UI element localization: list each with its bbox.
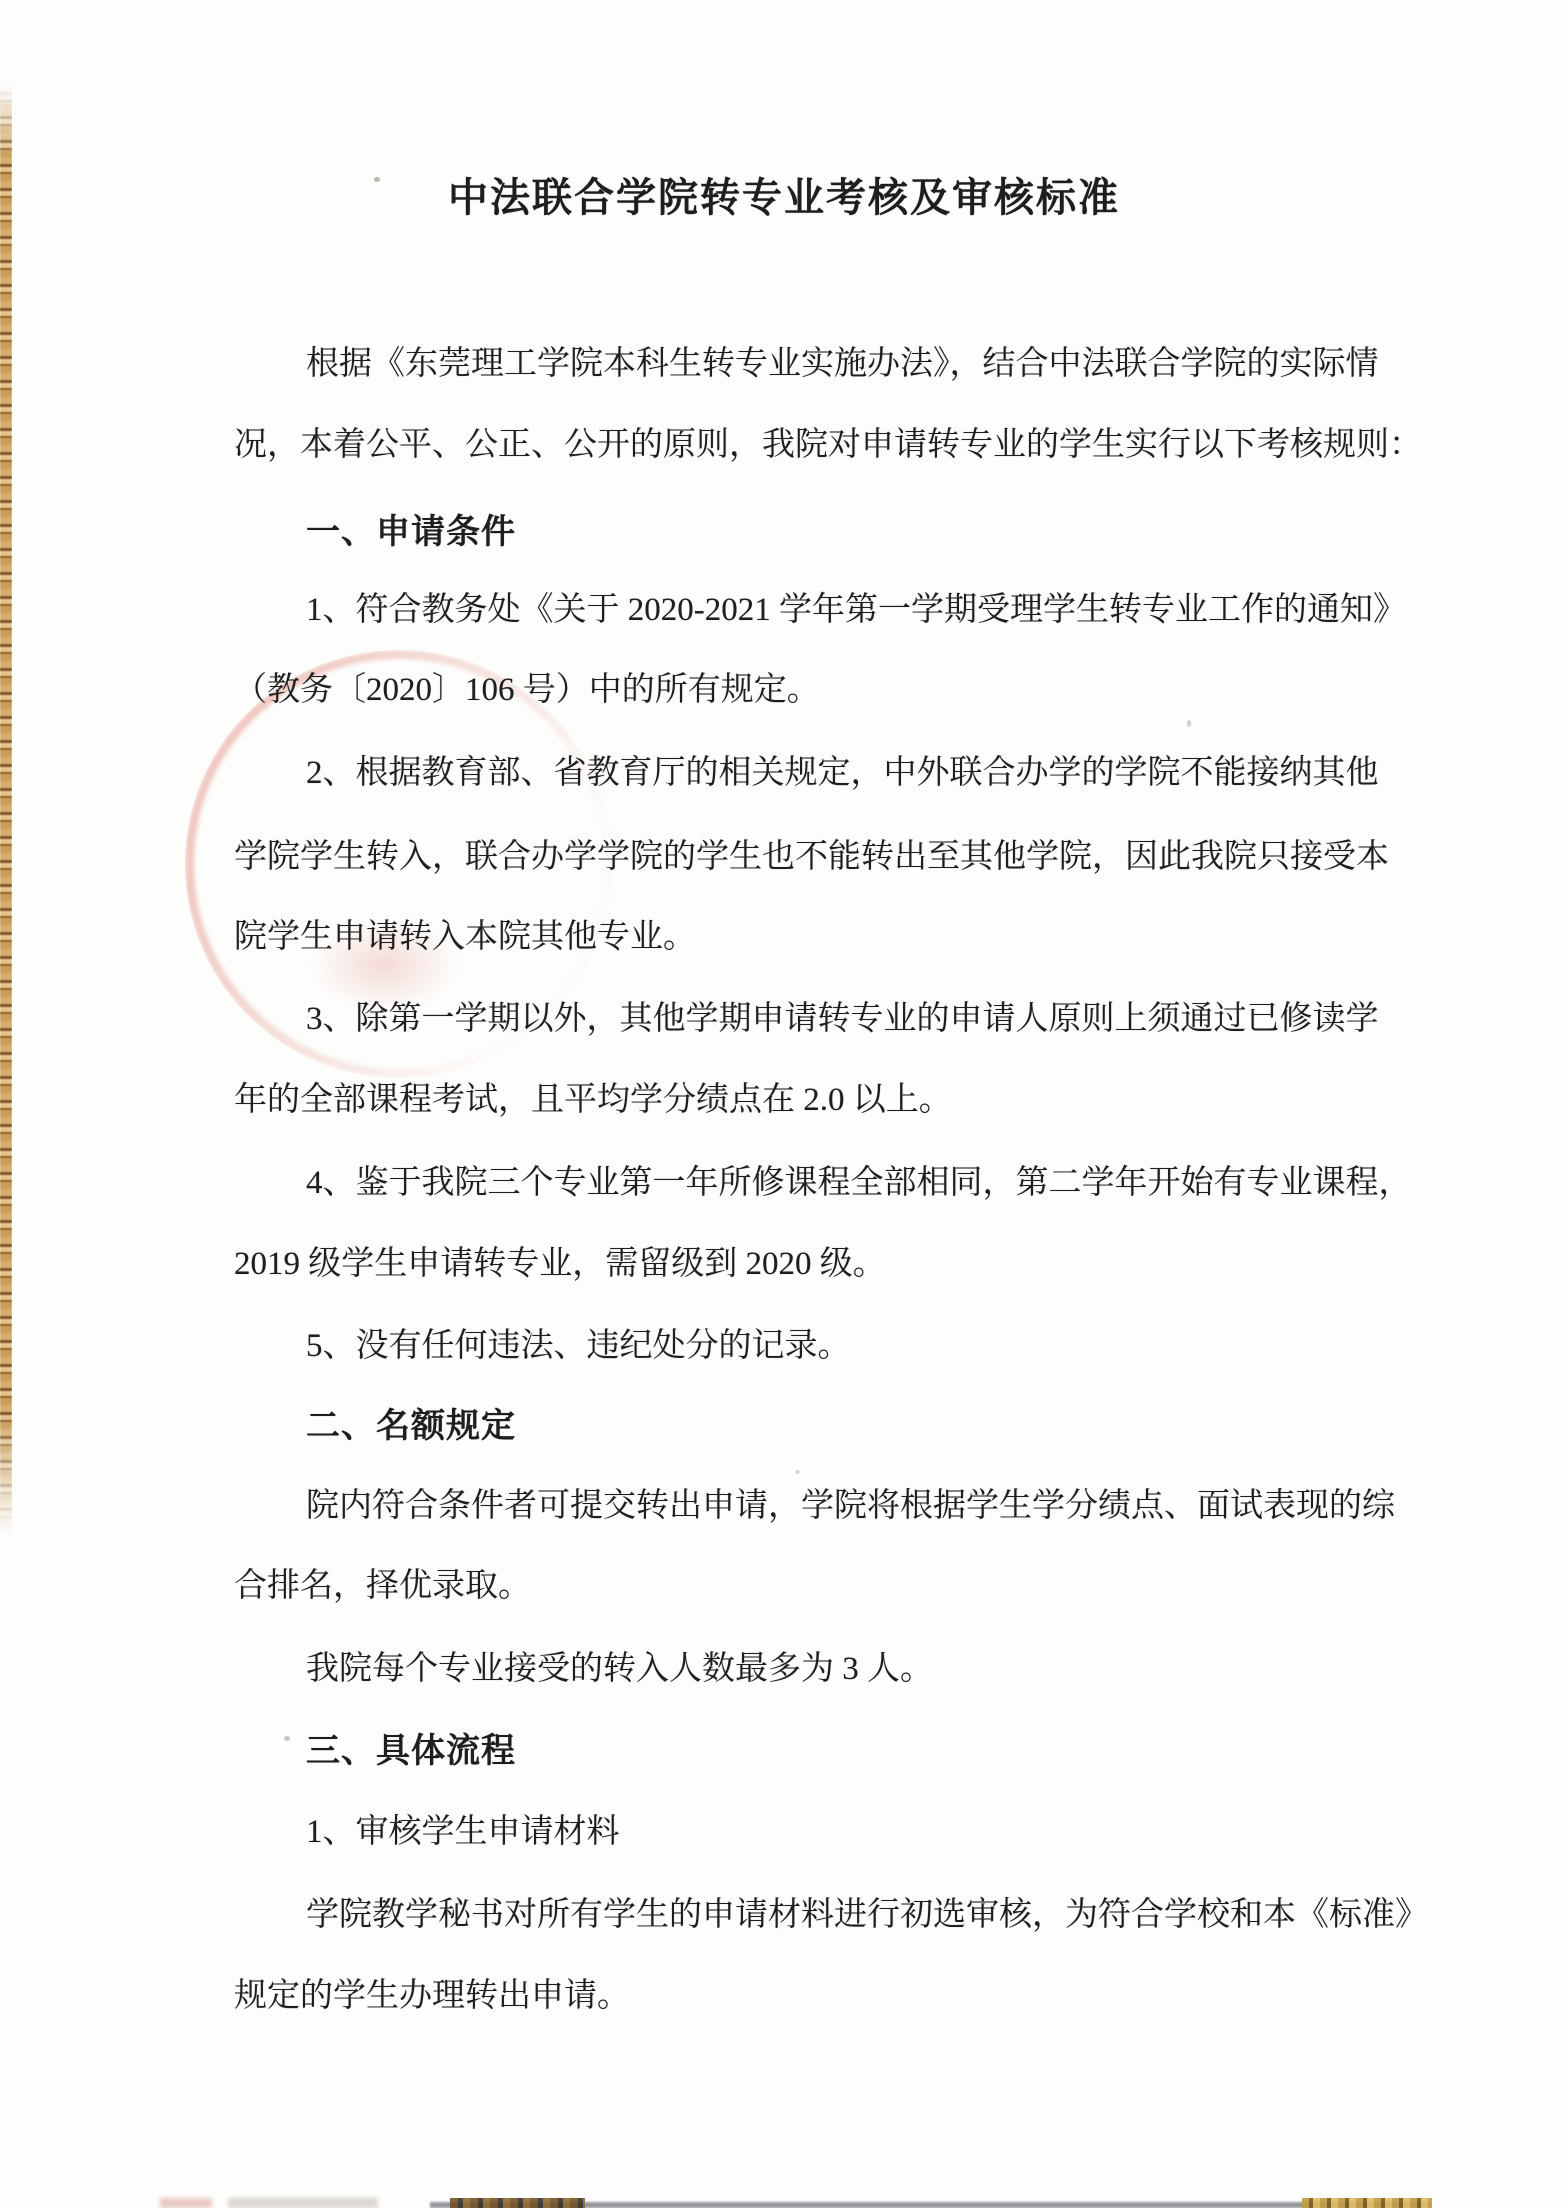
- section-heading-1: 一、申请条件: [306, 512, 516, 552]
- bottom-edge-brown-strip: [450, 2198, 585, 2208]
- paragraph-line: 学院教学秘书对所有学生的申请材料进行初选审核，为符合学校和本《标准》: [306, 1895, 1428, 1935]
- paragraph-line: 院内符合条件者可提交转出申请，学院将根据学生学分绩点、面试表现的综: [306, 1486, 1395, 1526]
- scan-speck: [795, 1470, 800, 1474]
- scan-speck: [1187, 720, 1191, 727]
- paragraph-line: 2019 级学生申请转专业，需留级到 2020 级。: [234, 1244, 886, 1284]
- bottom-edge-gold-strip: [1302, 2198, 1432, 2208]
- paragraph-line: 况，本着公平、公正、公开的原则，我院对申请转专业的学生实行以下考核规则：: [234, 425, 1422, 465]
- paragraph-line: 根据《东莞理工学院本科生转专业实施办法》，结合中法联合学院的实际情: [306, 344, 1379, 384]
- bottom-edge-smudge: [228, 2198, 378, 2208]
- list-item-line: 1、符合教务处《关于 2020-2021 学年第一学期受理学生转专业工作的通知》: [306, 590, 1406, 630]
- paragraph-line: （教务〔2020〕106 号）中的所有规定。: [234, 670, 820, 710]
- list-item-line: 3、除第一学期以外，其他学期申请转专业的申请人原则上须通过已修读学: [306, 999, 1379, 1039]
- list-item-line: 2、根据教育部、省教育厅的相关规定，中外联合办学的学院不能接纳其他: [306, 753, 1379, 793]
- document-title: 中法联合学院转专业考核及审核标准: [0, 166, 1568, 223]
- paragraph-line: 学院学生转入，联合办学学院的学生也不能转出至其他学院，因此我院只接受本: [234, 837, 1389, 877]
- left-binding-scan-artifact: [0, 85, 12, 1535]
- bottom-edge-smudge: [160, 2198, 212, 2208]
- paragraph-line: 院学生申请转入本院其他专业。: [234, 917, 696, 957]
- paragraph-line: 我院每个专业接受的转入人数最多为 3 人。: [306, 1649, 933, 1689]
- paragraph-line: 年的全部课程考试，且平均学分绩点在 2.0 以上。: [234, 1080, 952, 1120]
- list-item-line: 1、审核学生申请材料: [306, 1812, 620, 1852]
- paragraph-line: 合排名，择优录取。: [234, 1566, 531, 1606]
- list-item-line: 5、没有任何违法、违纪处分的记录。: [306, 1326, 851, 1366]
- list-item-line: 4、鉴于我院三个专业第一年所修课程全部相同，第二学年开始有专业课程，: [306, 1163, 1412, 1203]
- section-heading-2: 二、名额规定: [306, 1406, 516, 1446]
- scan-speck: [284, 1736, 290, 1741]
- paragraph-line: 规定的学生办理转出申请。: [234, 1976, 630, 2016]
- section-heading-3: 三、具体流程: [306, 1731, 516, 1771]
- scanned-document-page: 中法联合学院转专业考核及审核标准 根据《东莞理工学院本科生转专业实施办法》，结合…: [0, 0, 1568, 2208]
